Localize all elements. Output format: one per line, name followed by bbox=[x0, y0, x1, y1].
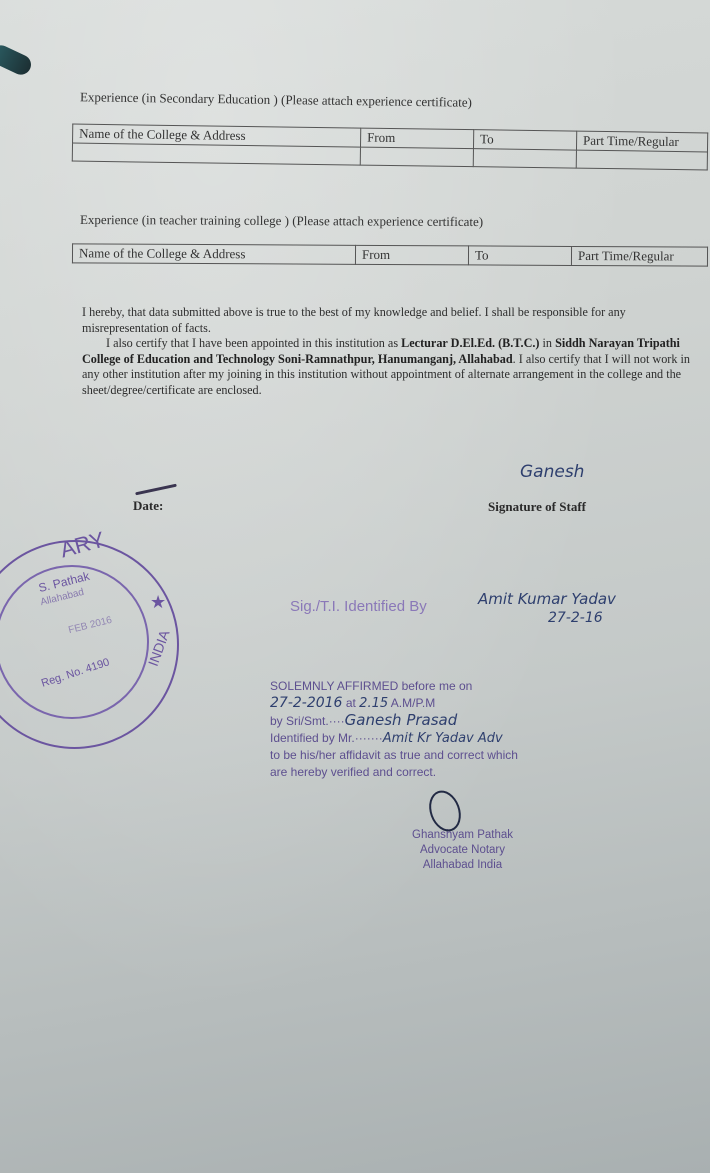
affidavit-line-3: by Sri/Smt.····Ganesh Prasad bbox=[270, 712, 518, 730]
column-header: To bbox=[473, 130, 576, 150]
staff-signature: Ganesh bbox=[520, 462, 584, 482]
date-ink-mark bbox=[135, 484, 177, 496]
table-cell[interactable] bbox=[473, 149, 576, 168]
affidavit-line-5: to be his/her affidavit as true and corr… bbox=[270, 747, 518, 764]
notary-place: Allahabad India bbox=[412, 858, 513, 873]
identification-date: 27-2-16 bbox=[548, 610, 603, 626]
identifier-signature: Amit Kumar Yadav bbox=[478, 590, 616, 608]
affidavit-line-2: 27-2-2016 at 2.15 A.M/P.M bbox=[270, 695, 518, 712]
notary-title: Advocate Notary bbox=[412, 843, 513, 858]
deponent-name: Ganesh Prasad bbox=[345, 711, 458, 729]
training-experience-table: Name of the College & Address From To Pa… bbox=[72, 243, 708, 266]
star-icon: ★ bbox=[150, 592, 166, 613]
table-cell[interactable] bbox=[360, 147, 473, 167]
para2-in: in bbox=[540, 336, 556, 350]
date-label: Date: bbox=[133, 498, 163, 514]
notary-stamp: Ghanshyam Pathak Advocate Notary Allahab… bbox=[412, 828, 513, 873]
at-label: at bbox=[346, 696, 356, 710]
declaration-para-2: I also certify that I have been appointe… bbox=[82, 336, 692, 398]
identifier-name: Amit Kr Yadav Adv bbox=[383, 731, 503, 746]
para2-text: I also certify that I have been appointe… bbox=[106, 336, 401, 350]
secondary-experience-table: Name of the College & Address From To Pa… bbox=[72, 124, 708, 171]
table-cell[interactable] bbox=[72, 143, 360, 165]
column-header: Name of the College & Address bbox=[72, 244, 355, 264]
affidavit-block: SOLEMNLY AFFIRMED before me on 27-2-2016… bbox=[270, 678, 518, 781]
declaration-para-1: I hereby, that data submitted above is t… bbox=[82, 305, 692, 336]
affidavit-line-1: SOLEMNLY AFFIRMED before me on bbox=[270, 678, 518, 695]
affidavit-line-6: are hereby verified and correct. bbox=[270, 764, 518, 781]
column-header: Part Time/Regular bbox=[576, 131, 707, 152]
affidavit-line-4: Identified by Mr.·······Amit Kr Yadav Ad… bbox=[270, 730, 518, 747]
signature-label: Signature of Staff bbox=[488, 499, 586, 515]
by-label: by Sri/Smt. bbox=[270, 714, 329, 728]
section2-heading: Experience (in teacher training college … bbox=[80, 212, 483, 230]
affirmed-date: 27-2-2016 bbox=[270, 695, 342, 711]
table-header-row: Name of the College & Address From To Pa… bbox=[72, 244, 707, 266]
pen-tip bbox=[0, 42, 34, 78]
post-title: Lecturar D.El.Ed. (B.T.C.) bbox=[401, 336, 539, 350]
column-header: From bbox=[355, 245, 468, 265]
column-header: From bbox=[360, 128, 473, 149]
table-cell[interactable] bbox=[576, 150, 707, 170]
am-pm-label: A.M/P.M bbox=[391, 696, 435, 710]
declaration: I hereby, that data submitted above is t… bbox=[82, 305, 692, 398]
affirmed-time: 2.15 bbox=[359, 696, 388, 711]
column-header: To bbox=[468, 246, 571, 266]
identification-stamp: Sig./T.I. Identified By bbox=[290, 598, 427, 615]
identified-label: Identified by Mr. bbox=[270, 731, 355, 745]
notary-name: Ghanshyam Pathak bbox=[412, 828, 513, 843]
column-header: Part Time/Regular bbox=[571, 246, 707, 266]
section1-heading: Experience (in Secondary Education ) (Pl… bbox=[80, 89, 472, 110]
